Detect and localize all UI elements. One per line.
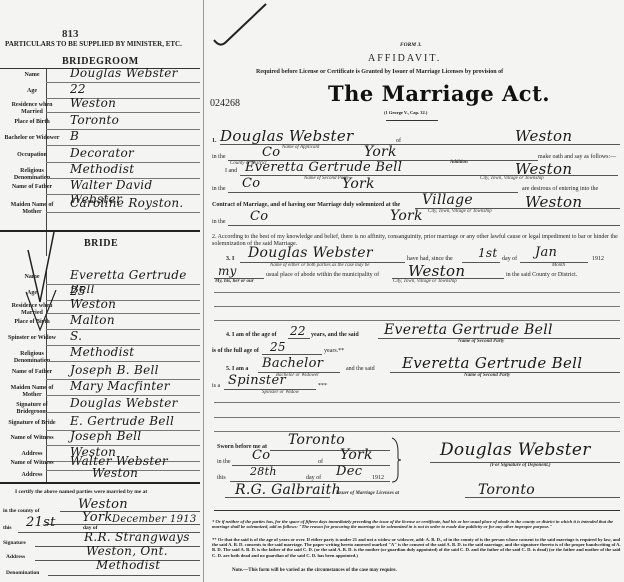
- desirous-text: are desirous of entering into the: [522, 186, 598, 192]
- field-value: Methodist: [70, 345, 134, 359]
- applicant-county: York: [364, 144, 397, 160]
- minister-address: Weston, Ont.: [86, 544, 168, 558]
- field-value: B: [70, 129, 79, 143]
- s4-second-caption: Name of Second Party: [458, 339, 504, 344]
- s5-and-said: and the said: [346, 366, 375, 372]
- field-label: Religious Denomination: [2, 351, 62, 364]
- s3-day-of-label: day of: [502, 256, 517, 262]
- s3-name-caption: Name of either or both parties as the ca…: [270, 263, 369, 268]
- city-caption-3: City, Town, Village or Township: [393, 279, 457, 284]
- field-label: Place of Birth: [2, 119, 62, 126]
- field-label: Address: [2, 472, 62, 479]
- marriage-county: York: [390, 208, 423, 224]
- sworn-place: Toronto: [288, 432, 345, 448]
- serial-number: 024268: [210, 98, 240, 109]
- certify-denomination-label: Denomination: [6, 570, 39, 576]
- section-1-number: 1.: [212, 138, 217, 144]
- i-and-label: I and: [225, 168, 237, 174]
- field-value: Mary Macfinter: [70, 379, 170, 393]
- record-number: 813: [62, 28, 79, 40]
- deponent-signature: Douglas Webster: [440, 440, 591, 460]
- applicant-residence: Weston: [515, 127, 572, 145]
- s4-years-said: years, and the said: [311, 332, 359, 338]
- s4-age: 22: [290, 324, 306, 338]
- sworn-in-the: in the: [217, 459, 231, 465]
- check-mark-icon: [20, 290, 60, 350]
- in-said-text: in the said County or District.: [506, 272, 577, 278]
- s3-month: Jan: [535, 245, 557, 260]
- affidavit-title: AFFIDAVIT.: [368, 53, 441, 64]
- field-value: 22: [70, 82, 86, 96]
- certify-month-year: December 1913: [112, 514, 197, 525]
- certify-this-label: this: [3, 525, 12, 531]
- bride-status: Spinster: [228, 373, 286, 388]
- footnote-1: * Or if neither of the parties has, for …: [212, 519, 622, 529]
- groom-status: Bachelor: [262, 356, 323, 371]
- field-label: Name: [2, 72, 62, 79]
- field-label: Occupation: [2, 152, 62, 159]
- field-value: Weston: [70, 96, 116, 110]
- field-label: Maiden Name of Mother: [2, 385, 62, 398]
- bride-status-caption: Spinster or Widow: [262, 390, 299, 395]
- issuer-signature: R.G. Galbraith: [235, 482, 341, 498]
- marriage-affidavit-document: 813 PARTICULARS TO BE SUPPLIED BY MINIST…: [0, 0, 624, 582]
- s4-years: years.**: [324, 348, 344, 354]
- field-label: Name of Witness: [2, 460, 62, 467]
- issuer-label: Issuer of Marriage Licenses at: [336, 491, 399, 496]
- field-value: Methodist: [70, 162, 134, 176]
- issuer-place: Toronto: [478, 482, 535, 498]
- field-label: Residence when Married: [2, 102, 62, 115]
- field-label: Name of Father: [2, 369, 62, 376]
- applicant-caption: Name of Applicant: [282, 145, 319, 150]
- s3-name: Douglas Webster: [248, 245, 373, 261]
- certify-day: 21st: [26, 515, 56, 530]
- section-3-number: 3. I: [226, 256, 234, 262]
- full-age-text: is of the full age of: [212, 348, 259, 354]
- act-title: The Marriage Act.: [328, 81, 550, 106]
- field-label: Name of Father: [2, 184, 62, 191]
- second-county-type: Co: [242, 176, 260, 191]
- form-note: Note.—This form will be varied as the ci…: [232, 568, 397, 573]
- abode-text: usual place of abode within the municipa…: [266, 272, 379, 278]
- contract-text: Contract of Marriage, and of having our …: [212, 202, 400, 208]
- field-label: Address: [2, 451, 62, 458]
- field-label: Age: [2, 88, 62, 95]
- marriage-place-type: Village: [422, 192, 473, 208]
- footnote-2: ** Or that the said is of the age of yea…: [212, 537, 622, 558]
- s4-age2: 25: [270, 340, 286, 354]
- sworn-county-type: Co: [252, 448, 270, 463]
- field-value: Decorator: [70, 146, 134, 160]
- s5-second-party: Everetta Gertrude Bell: [402, 354, 582, 372]
- s1-in-the-label-3: in the: [212, 219, 226, 225]
- s5-stars: ***: [318, 383, 327, 389]
- s5-second-caption: Name of Second Party: [464, 373, 510, 378]
- field-label: Religious Denomination: [2, 168, 62, 181]
- field-label: Signature of Bride: [2, 420, 62, 427]
- field-value: Caroline Royston.: [70, 196, 184, 210]
- s4-second-party: Everetta Gertrude Bell: [384, 322, 553, 338]
- addition-label: Addition: [450, 160, 468, 165]
- form-number: FORM 3.: [400, 42, 422, 48]
- s5-is-a: is a: [212, 383, 220, 389]
- field-value: Joseph B. Bell: [70, 363, 159, 377]
- field-value: Malton: [70, 313, 115, 327]
- field-value: Everetta Gertrude Bell: [70, 268, 200, 296]
- certify-signature-label: Signature: [3, 540, 26, 546]
- field-value: Weston: [92, 466, 138, 480]
- sworn-this: this: [217, 475, 226, 481]
- deponent-caption: (For Signature of Deponent.): [490, 463, 551, 468]
- minister-signature: R.R. Strangways: [84, 530, 190, 544]
- field-value: Toronto: [70, 113, 119, 127]
- field-value: Douglas Webster: [70, 66, 178, 80]
- city-caption-2: City, Town, Village or Township: [428, 209, 492, 214]
- particulars-header: PARTICULARS TO BE SUPPLIED BY MINISTER, …: [5, 40, 182, 48]
- s3-month-caption: Month: [552, 263, 565, 268]
- s3-day: 1st: [478, 246, 498, 260]
- certify-text: I certify the above named parties were m…: [15, 489, 147, 495]
- sworn-county: York: [340, 447, 373, 463]
- certify-county: York: [82, 510, 113, 525]
- s3-pronoun: my: [218, 264, 237, 278]
- act-reference: (1 George V., Cap. 32.): [384, 110, 427, 115]
- applicant-name: Douglas Webster: [220, 127, 353, 145]
- field-label: Signature of Bridegroom: [2, 402, 62, 415]
- sworn-day: 28th: [250, 465, 277, 478]
- field-label: Maiden Name of Mother: [2, 202, 62, 215]
- field-label: Name of Witness: [2, 435, 62, 442]
- bride-title: BRIDE: [84, 238, 118, 249]
- affidavit-subtitle: Required before License or Certificate i…: [256, 69, 503, 75]
- sworn-month: Dec: [336, 464, 362, 479]
- field-label: Bachelor or Widower: [2, 135, 62, 142]
- bracket-icon: [390, 436, 402, 484]
- s1-in-the-label: in the: [212, 154, 226, 160]
- s3-pronoun-caption: My, his, her or our: [215, 279, 254, 284]
- second-county: York: [342, 176, 375, 192]
- field-value: E. Gertrude Bell: [70, 414, 174, 428]
- second-party-name: Everetta Gertrude Bell: [245, 160, 402, 175]
- field-value: Douglas Webster: [70, 396, 178, 410]
- minister-denomination: Methodist: [96, 558, 160, 572]
- field-value: Joseph Bell: [70, 429, 141, 443]
- field-value: S.: [70, 329, 82, 343]
- certify-address-label: Address: [6, 554, 25, 560]
- marriage-county-type: Co: [250, 209, 268, 224]
- s1-in-the-label-2: in the: [212, 186, 226, 192]
- city-caption: City, Town, Village or Township: [480, 176, 544, 181]
- check-mark-icon: [210, 0, 270, 50]
- s4-prefix: 4. I am of the age of: [226, 332, 277, 338]
- applicant-county-type: Co: [262, 145, 280, 160]
- field-value: 25: [70, 284, 86, 298]
- field-value: Weston: [70, 297, 116, 311]
- certify-county-label: in the county of: [3, 508, 40, 514]
- s3-year: 1912: [592, 256, 604, 262]
- s5-prefix: 5. I am a: [226, 366, 248, 372]
